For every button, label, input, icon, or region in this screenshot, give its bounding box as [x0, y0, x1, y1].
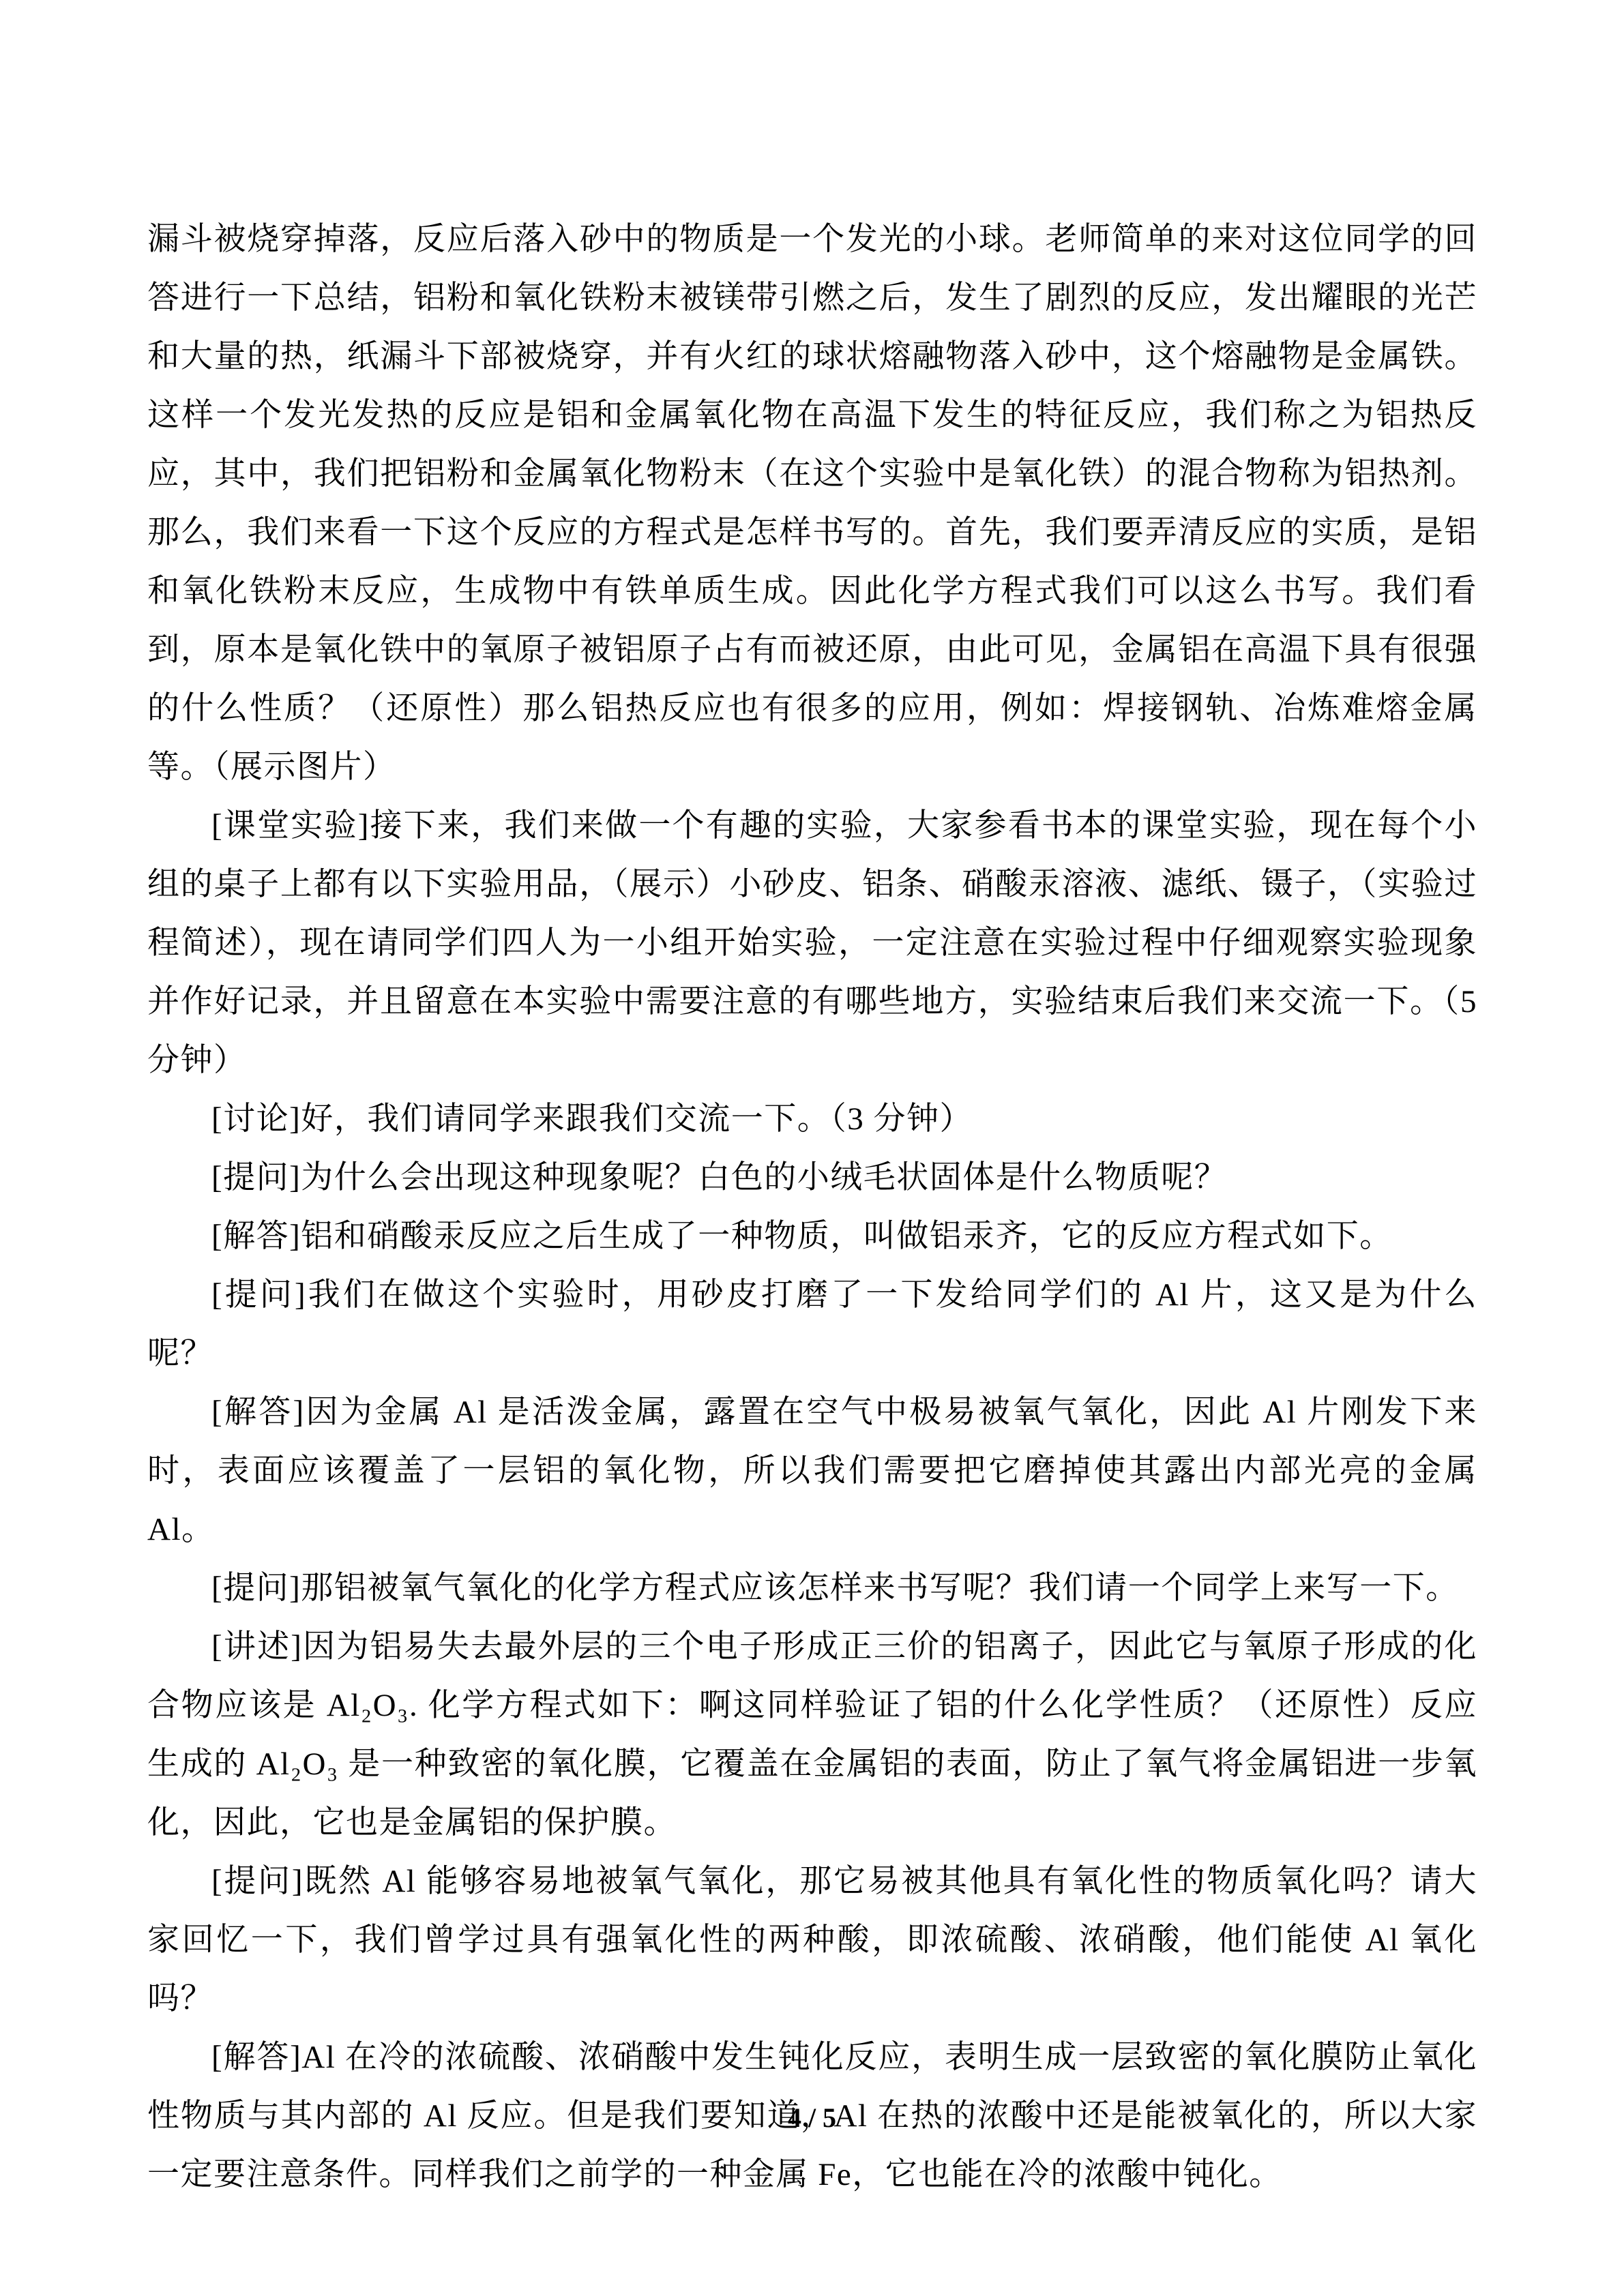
- paragraph: [解答]铝和硝酸汞反应之后生成了一种物质，叫做铝汞齐，它的反应方程式如下。: [147, 1207, 1477, 1266]
- document-body: 漏斗被烧穿掉落，反应后落入砂中的物质是一个发光的小球。老师简单的来对这位同学的回…: [147, 210, 1477, 2204]
- paragraph: [提问]那铝被氧气氧化的化学方程式应该怎样来书写呢？我们请一个同学上来写一下。: [147, 1559, 1477, 1617]
- document-page: 漏斗被烧穿掉落，反应后落入砂中的物质是一个发光的小球。老师简单的来对这位同学的回…: [0, 0, 1624, 2296]
- paragraph: [讲述]因为铝易失去最外层的三个电子形成正三价的铝离子，因此它与氧原子形成的化合…: [147, 1617, 1477, 1852]
- paragraph: [提问]为什么会出现这种现象呢？白色的小绒毛状固体是什么物质呢？: [147, 1148, 1477, 1207]
- paragraph: [解答]因为金属 Al 是活泼金属，露置在空气中极易被氧气氧化，因此 Al 片刚…: [147, 1383, 1477, 1559]
- paragraph: [讨论]好，我们请同学来跟我们交流一下。（3 分钟）: [147, 1090, 1477, 1148]
- paragraph: [提问]既然 Al 能够容易地被氧气氧化，那它易被其他具有氧化性的物质氧化吗？请…: [147, 1852, 1477, 2028]
- paragraph: [课堂实验]接下来，我们来做一个有趣的实验，大家参看书本的课堂实验，现在每个小组…: [147, 796, 1477, 1090]
- page-number: 4 / 5: [0, 2102, 1624, 2134]
- paragraph: [提问]我们在做这个实验时，用砂皮打磨了一下发给同学们的 Al 片，这又是为什么…: [147, 1266, 1477, 1383]
- paragraph: 漏斗被烧穿掉落，反应后落入砂中的物质是一个发光的小球。老师简单的来对这位同学的回…: [147, 210, 1477, 796]
